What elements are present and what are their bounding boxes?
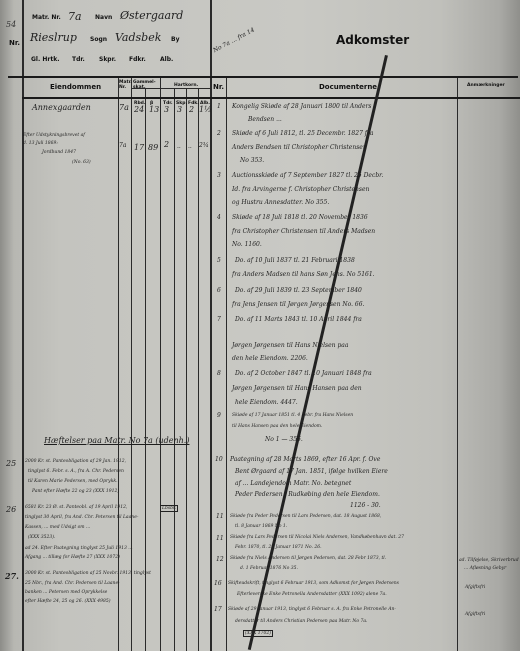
doc-5-l1: Do. af 10 Juli 1837 tl. 21 Februari 1838 bbox=[235, 257, 355, 264]
gammelskat-divider-a bbox=[145, 88, 146, 651]
hoftelse-27-l2: 25 Nbr., fra And. Chr. Pedersen til Laan… bbox=[25, 581, 120, 586]
property-note-4: (No. 63) bbox=[72, 160, 91, 165]
doc-16-nr: 16 bbox=[214, 580, 222, 587]
after-tdr: 2 bbox=[164, 140, 169, 149]
after-fdk: .. bbox=[188, 143, 192, 150]
alb-label: Alb. bbox=[160, 56, 173, 63]
hoftelse-ad24-l2: Afgang ... tillæg for Hæfte 27 (XXX 1072… bbox=[25, 555, 120, 560]
property-alb: 1½ bbox=[199, 105, 212, 114]
doc-1-nr: 1 bbox=[217, 103, 221, 110]
gl-hrtk-label: Gl. Hrtk. bbox=[31, 56, 59, 63]
doc-9-l2: til Hans Hansen paa den hele Eiendom. bbox=[232, 424, 322, 429]
hoftelse-27-l3: banken ... Petersen med Oprykkelse bbox=[25, 590, 107, 595]
skpr-label: Skpr. bbox=[99, 56, 116, 63]
hoftelse-26-l1: 6581 Kr. 23 Ø. st. Panteobl. af 19 April… bbox=[25, 505, 127, 510]
eiendom-divider-line bbox=[118, 77, 119, 651]
doc-9-l1: Skiøde af 17 Januar 1851 tl. 4 Febr. fra… bbox=[232, 413, 353, 418]
section-title: Adkomster bbox=[336, 33, 409, 47]
doc-1-l2: Bendsen ... bbox=[248, 116, 282, 123]
property-note-3: Jordbund 1847 bbox=[42, 150, 76, 155]
doc-10-l4: Peder Pedersen i Rudkøbing den hele Eien… bbox=[235, 491, 380, 498]
navn-value: Østergaard bbox=[120, 9, 183, 22]
property-note-2: d. 13 Juli 1869: bbox=[23, 141, 58, 146]
hoftelse-25-nr: 25 bbox=[6, 459, 16, 468]
property-rbd: 24 bbox=[134, 105, 144, 114]
tdr-label: Tdr. bbox=[72, 56, 85, 63]
hoftelse-25-l4: Pant efter Hæfte 22 og 23 (XXX 1912) bbox=[32, 489, 119, 494]
property-skp: 3 bbox=[177, 105, 182, 114]
hoftelse-26-l4: (XXX 3523). bbox=[28, 535, 55, 540]
doc-9-nr: 9 bbox=[217, 412, 221, 419]
property-label: Annexgaarden bbox=[32, 103, 91, 112]
header-bottom-rule bbox=[22, 97, 520, 99]
doc-8-nr: 8 bbox=[217, 370, 221, 377]
doc-17-l2: dersdatter til Anders Christian Pedersen… bbox=[235, 619, 367, 624]
col-eiendommen: Eiendommen bbox=[50, 83, 101, 91]
margin-note: No 7a ... fra 14 bbox=[212, 26, 256, 54]
matr-nr-label: Matr. Nr. bbox=[32, 14, 61, 21]
doc-6-l2: fra Jens Jensen til Jørgen Jørgensen No.… bbox=[232, 301, 364, 308]
doc-10-l3: af ... Landejendom Matr. No. betegnet bbox=[235, 480, 351, 487]
doc-3-l1: Auctionsskiøde af 7 September 1827 tl. 2… bbox=[232, 172, 383, 179]
doc-10-nr: 10 bbox=[215, 456, 223, 463]
col-hartkorn: Hartkorn. bbox=[174, 83, 198, 88]
doc-7-l1: Do. af 11 Marts 1843 tl. 10 April 1844 f… bbox=[235, 316, 362, 323]
after-matr: 7a bbox=[119, 142, 126, 149]
doc-4-l2: fra Christopher Christensen til Anders M… bbox=[232, 228, 375, 235]
hoftelse-27-nr: 27. bbox=[5, 571, 19, 581]
doc-11b-l2: Febr. 1870, tl. 28 Januar 1871 No. 26. bbox=[235, 545, 322, 550]
doc-9-l3: No 1 — 356. bbox=[265, 436, 303, 443]
doc-2-l2: Anders Bendsen til Christopher Christens… bbox=[232, 144, 367, 151]
hoftelse-25-l2: tinglyst 6. Febr. s. A., fra A. Chr. Ped… bbox=[28, 469, 124, 474]
doc-3-l2: Id. fra Arvingerne f. Christopher Christ… bbox=[232, 186, 369, 193]
doc-4-l3: No. 1160. bbox=[232, 241, 262, 248]
sogn-label: Sogn bbox=[90, 36, 107, 43]
after-rbd: 17 bbox=[134, 143, 144, 152]
hoftelse-27-l1: 3000 Kr. st. Panteobligation af 25 Novbr… bbox=[25, 571, 151, 576]
doc-6-nr: 6 bbox=[217, 287, 221, 294]
hoftelse-26-nr: 26 bbox=[6, 505, 16, 514]
by-value: Vadsbek bbox=[115, 31, 161, 44]
doc-4-l1: Skiøde af 18 Juli 1818 tl. 20 November 1… bbox=[232, 214, 368, 221]
col-anmaerkninger: Anmærkninger bbox=[467, 83, 505, 88]
doc-3-l3: og Hustru Annesdatter. No 355. bbox=[232, 199, 329, 206]
register-page: 54 Nr. Matr. Nr. 7a Navn Østergaard Ries… bbox=[0, 0, 520, 651]
property-tdr: 3 bbox=[164, 105, 169, 114]
doc-10-l5: 1126 - 30. bbox=[350, 502, 381, 509]
hoftelse-ad24-l1: ad 24. Efter Paategning tinglyst 25 Juli… bbox=[25, 546, 133, 551]
nr-divider-line bbox=[226, 77, 227, 651]
remark-3: Afgiftsfri bbox=[465, 612, 485, 617]
doc-12-l1: Skiøde fra Niels Andersen til Jørgen Ped… bbox=[230, 556, 386, 561]
remark-1-l1: ad. Tilføjelse, Skriverbrud bbox=[459, 558, 519, 563]
hoftelse-27-l4: efter Hæfte 24, 25 og 26. (XXX 4985) bbox=[25, 599, 110, 604]
matr-nr-value: 7a bbox=[68, 10, 82, 23]
hoftelse-side-note: Lbsbr. bbox=[160, 505, 178, 512]
doc-11-nr: 11 bbox=[216, 513, 224, 520]
anmaerk-divider-line bbox=[457, 77, 458, 651]
hoftelse-25-l1: 2000 Kr. st. Panteobligation af 29 Jan. … bbox=[25, 459, 126, 464]
doc-5-nr: 5 bbox=[217, 257, 221, 264]
doc-7-l2: Jørgen Jørgensen til Hans Nielsen paa bbox=[232, 342, 348, 349]
doc-11b-nr: 11 bbox=[216, 535, 224, 542]
doc-8-l2: Jørgen Jørgensen til Hans Hansen paa den bbox=[232, 385, 362, 392]
doc-16-l1: Skifteudskrift, tinglyst 6 Februar 1913,… bbox=[228, 581, 399, 586]
doc-16-l2: Efterleverske Enke Petronella Andersdatt… bbox=[237, 592, 387, 597]
doc-12-l2: d. 1 Februar 1876 No 35. bbox=[240, 566, 298, 571]
doc-2-l1: Skiøde af 6 Juli 1812, tl. 25 Decembr. 1… bbox=[232, 130, 373, 137]
hoftelse-heading: Hæftelser paa Matr. No 7a (udenh.) bbox=[44, 436, 189, 445]
doc-5-l2: fra Anders Madsen til hans Søn Jens. No … bbox=[232, 271, 375, 278]
doc-6-l1: Do. af 29 Juli 1839 tl. 23 September 184… bbox=[235, 287, 362, 294]
col-documenterne: Documenterne bbox=[319, 83, 377, 91]
doc-2-l3: No 353. bbox=[240, 157, 264, 164]
doc-3-nr: 3 bbox=[217, 172, 221, 179]
property-fdk: 2 bbox=[189, 105, 194, 114]
after-skp: .. bbox=[177, 143, 181, 150]
page-number: 54 bbox=[6, 20, 16, 29]
hoftelse-26-l3: Kassen, ... med Udsigt om ... bbox=[25, 525, 90, 530]
col-matr-nr: Matr. Nr. bbox=[119, 80, 131, 90]
doc-17-l1: Skiøde af 29 Januar 1913, tinglyst 6 Feb… bbox=[228, 607, 396, 612]
navn-label: Navn bbox=[95, 14, 112, 21]
hartkorn-divider-b bbox=[186, 88, 187, 651]
nr-label: Nr. bbox=[9, 39, 20, 47]
hartkorn-divider-c bbox=[198, 88, 199, 651]
hartkorn-divider-a bbox=[174, 88, 175, 651]
doc-7-nr: 7 bbox=[217, 316, 221, 323]
fdkr-label: Fdkr. bbox=[129, 56, 146, 63]
by-label: By bbox=[171, 36, 179, 43]
remark-2: Afgiftsfri bbox=[465, 585, 485, 590]
property-b: 13 bbox=[149, 105, 159, 114]
doc-17-nr: 17 bbox=[214, 606, 222, 613]
matr-divider-line bbox=[131, 77, 132, 651]
col-gammelskat: Gammel-skat. bbox=[133, 80, 159, 90]
hoftelse-26-l2: tinglyst 30 April, fra And. Chr. Peterse… bbox=[25, 515, 138, 520]
property-note-1: Efter Udstykningsbrevet af bbox=[23, 133, 85, 138]
after-b: 89 bbox=[148, 143, 158, 152]
doc-11b-l1: Skiøde fra Lars Pedersen til Nicolai Nie… bbox=[230, 535, 404, 540]
sogn-value: Rieslrup bbox=[30, 31, 77, 44]
hoftelse-25-l3: til Karen Marie Pedersen, med Oprykk. bbox=[28, 479, 118, 484]
header-top-rule bbox=[8, 76, 518, 78]
doc-2-nr: 2 bbox=[217, 130, 221, 137]
doc-11-l1: Skiøde fra Peder Pedersen til Lars Peder… bbox=[230, 514, 381, 519]
after-alb: 2¾ bbox=[199, 142, 209, 149]
col-nr: Nr. bbox=[213, 83, 224, 91]
doc-11-l2: tl. 8 Januar 1869 No 1. bbox=[235, 524, 287, 529]
doc-17-l3: (XXX 1702) bbox=[243, 630, 273, 637]
gammelskat-divider-b bbox=[160, 77, 161, 651]
doc-7-l3: den hele Eiendom. 2206. bbox=[232, 355, 308, 362]
property-matr: 7a bbox=[119, 103, 129, 112]
doc-8-l1: Do. af 2 October 1847 tl. 10 Januari 184… bbox=[235, 370, 372, 377]
doc-12-nr: 12 bbox=[216, 556, 224, 563]
doc-4-nr: 4 bbox=[217, 214, 221, 221]
doc-10-l2: Bent Ørgaard af 17 Jan. 1851, ifølge hvi… bbox=[235, 468, 388, 475]
doc-8-l3: hele Eiendom. 4447. bbox=[235, 399, 298, 406]
doc-1-l1: Kongelig Skiøde af 28 Januari 1800 til A… bbox=[232, 103, 371, 110]
doc-10-l1: Paategning af 28 Marts 1869, efter 16 Ap… bbox=[230, 456, 380, 463]
remark-1-l2: ... Afløsning Gebyr bbox=[464, 566, 506, 571]
